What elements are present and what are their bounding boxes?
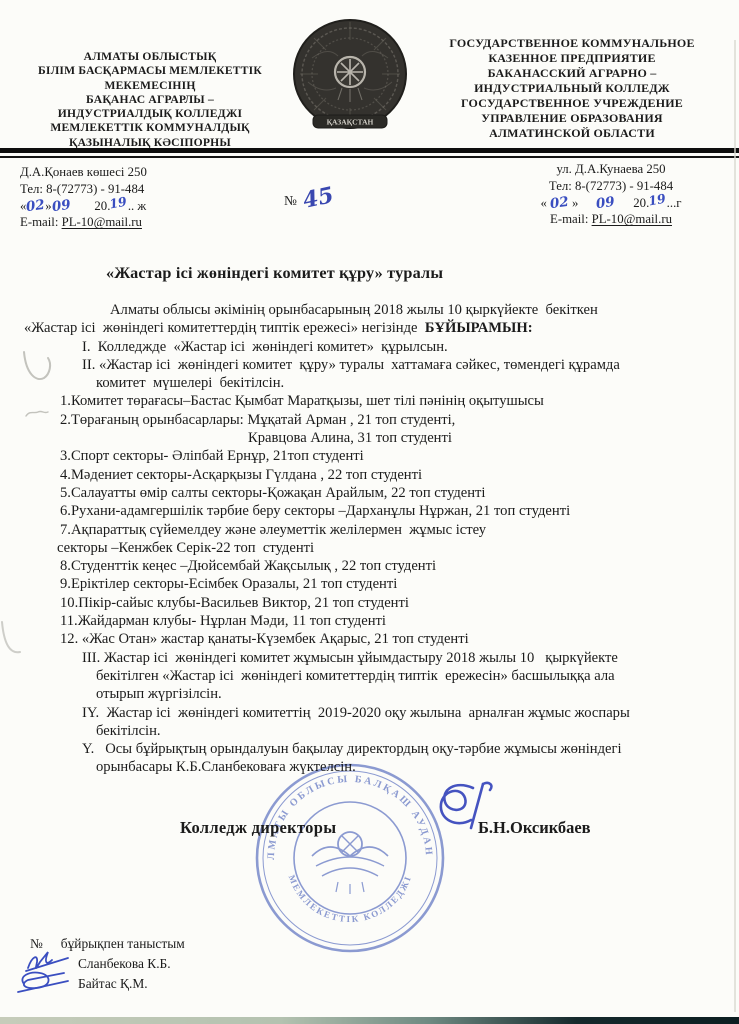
address-left: Д.А.Қонаев көшесі 250 (20, 164, 147, 181)
address-right: ул. Д.А.Кунаева 250 (492, 161, 730, 178)
order-item-4: IY. Жастар ісі жөніндегі комитеттің 2019… (24, 704, 692, 722)
intro-line: Алматы облысы әкімінің орынбасарының 201… (24, 301, 692, 319)
member-line: 8.Студенттік кеңес –Дюйсембай Жақсылық ,… (24, 557, 692, 575)
org-line: ИНДУСТРИАЛЬНЫЙ КОЛЛЕДЖ (420, 81, 724, 96)
svg-text:АЛМАТЫ ОБЛЫСЫ БАЛҚАШ АУДАНЫ: АЛМАТЫ ОБЛЫСЫ БАЛҚАШ АУДАНЫ (252, 760, 434, 860)
org-name-russian: ГОСУДАРСТВЕННОЕ КОММУНАЛЬНОЕ КАЗЕННОЕ ПР… (420, 36, 724, 141)
footer-signature-2 (16, 968, 70, 996)
contact-block-right: ул. Д.А.Кунаева 250 Тел: 8-(72773) - 91-… (492, 161, 730, 228)
member-line: 12. «Жас Отан» жастар қанаты-Күзембек Ақ… (24, 630, 692, 648)
email-address: PL-10@mail.ru (592, 212, 672, 226)
document-title: «Жастар ісі жөніндегі комитет құру» тура… (106, 264, 443, 283)
org-line: МЕМЛЕКЕТТІК КОММУНАЛДЫҚ (16, 121, 284, 135)
org-line: АЛМАТЫ ОБЛЫСТЫҚ (16, 50, 284, 64)
date-bracket: » (569, 196, 579, 210)
org-line: БІЛІМ БАСҚАРМАСЫ МЕМЛЕКЕТТІК (16, 64, 284, 78)
member-line: 11.Жайдарман клубы- Нұрлан Мәди, 11 топ … (24, 612, 692, 630)
intro-text: «Жастар ісі жөніндегі комитеттердің типт… (24, 320, 425, 336)
email-left: E-mail: PL-10@mail.ru (20, 214, 147, 231)
document-page: АЛМАТЫ ОБЛЫСТЫҚ БІЛІМ БАСҚАРМАСЫ МЕМЛЕКЕ… (0, 0, 739, 1024)
handwritten-month: 09 (51, 196, 72, 215)
member-line: 9.Еріктілер секторы-Есімбек Оразалы, 21 … (24, 575, 692, 593)
order-number: №45 (284, 185, 334, 211)
order-item-3-cont: бекітілген «Жастар ісі жөніндегі комитет… (24, 667, 692, 685)
member-line: 5.Салауатты өмір салты секторы-Қожақан А… (24, 484, 692, 502)
number-sign: № (284, 193, 297, 208)
order-item-3: III. Жастар ісі жөніндегі комитет жұмысы… (24, 649, 692, 667)
member-line: 1.Комитет төрағасы–Бастас Қымбат Маратқы… (24, 392, 692, 410)
handwritten-year: 19 (109, 193, 129, 213)
org-line: УПРАВЛЕНИЕ ОБРАЗОВАНИЯ (420, 111, 724, 126)
handwritten-order-number: 45 (301, 182, 336, 214)
member-line-cont: секторы –Кенжбек Серік-22 топ студенті (24, 539, 692, 557)
org-line: КАЗЕННОЕ ПРЕДПРИЯТИЕ (420, 51, 724, 66)
org-line: БАҚАНАС АГРАРЛЫ – (16, 93, 284, 107)
kazakhstan-emblem: ҚАЗАҚСТАН (292, 16, 408, 138)
order-item-3-cont: отырып жүргізілсін. (24, 685, 692, 703)
date-line-right: « 02 »0920.19...г (492, 195, 730, 212)
date-tail: .. ж (128, 199, 146, 213)
phone-right: Тел: 8-(72773) - 91-484 (492, 178, 730, 195)
org-line: ИНДУСТРИАЛДЫҚ КОЛЛЕДЖІ (16, 107, 284, 121)
org-line: ГОСУДАРСТВЕННОЕ УЧРЕЖДЕНИЕ (420, 96, 724, 111)
member-line: 4.Мәдениет секторы-Асқарқызы Гүлдана , 2… (24, 466, 692, 484)
org-name-kazakh: АЛМАТЫ ОБЛЫСТЫҚ БІЛІМ БАСҚАРМАСЫ МЕМЛЕКЕ… (16, 50, 284, 150)
email-label: E-mail: (20, 215, 62, 229)
handwritten-year: 19 (647, 190, 667, 210)
order-item-1: I. Колледжде «Жастар ісі жөніндегі комит… (24, 338, 692, 356)
order-item-2-cont: комитет мүшелері бекітілсін. (24, 374, 692, 392)
org-line: АЛМАТИНСКОЙ ОБЛАСТИ (420, 126, 724, 141)
handwritten-day: 02 (549, 193, 570, 212)
member-line: 7.Ақпараттық сүйемелдеу және әлеуметтік … (24, 521, 692, 539)
stamp-center-emblem (312, 832, 388, 894)
phone-left: Тел: 8-(72773) - 91-484 (20, 181, 147, 198)
order-body: Алматы облысы әкімінің орынбасарының 201… (24, 301, 692, 777)
emblem-banner-text: ҚАЗАҚСТАН (327, 118, 374, 127)
order-keyword: БҰЙЫРАМЫН: (425, 320, 533, 336)
stamp-ring-text-bottom: МЕМЛЕКЕТТІК КОЛЛЕДЖІ (287, 874, 414, 925)
signature-name: Б.Н.Оксикбаев (478, 818, 591, 838)
scan-edge-line (734, 40, 736, 1012)
order-item-2: II. «Жастар ісі жөніндегі комитет құру» … (24, 356, 692, 374)
date-tail: ...г (667, 196, 682, 210)
org-line: МЕКЕМЕСІНІҢ (16, 79, 284, 93)
email-address: PL-10@mail.ru (62, 215, 142, 229)
org-line: БАКАНАССКИЙ АГРАРНО – (420, 66, 724, 81)
double-rule (0, 148, 739, 158)
signature-role: Колледж директоры (180, 818, 336, 838)
member-line: 3.Спорт секторы- Әліпбай Ернұр, 21топ ст… (24, 447, 692, 465)
contact-block-left: Д.А.Қонаев көшесі 250 Тел: 8-(72773) - 9… (20, 164, 147, 231)
intro-line: «Жастар ісі жөніндегі комитеттердің типт… (24, 319, 692, 337)
date-line-left: «02»0920.19.. ж (20, 198, 147, 215)
member-line: 6.Рухани-адамгершілік тәрбие беру сектор… (24, 502, 692, 520)
org-line: ГОСУДАРСТВЕННОЕ КОММУНАЛЬНОЕ (420, 36, 724, 51)
stamp-ring-text-top: АЛМАТЫ ОБЛЫСЫ БАЛҚАШ АУДАНЫ (252, 760, 434, 860)
svg-text:МЕМЛЕКЕТТІК КОЛЛЕДЖІ: МЕМЛЕКЕТТІК КОЛЛЕДЖІ (287, 874, 414, 925)
email-label: E-mail: (550, 212, 592, 226)
member-line-cont: Кравцова Алина, 31 топ студенті (24, 429, 692, 447)
member-line: 2.Төрағаның орынбасарлары: Мұқатай Арман… (24, 411, 692, 429)
ack-text: бұйрықпен таныстым (61, 936, 185, 951)
email-right: E-mail: PL-10@mail.ru (492, 211, 730, 228)
handwritten-day: 02 (25, 196, 46, 215)
order-item-4-cont: бекітілсін. (24, 722, 692, 740)
order-item-5: Y. Осы бұйрықтың орындалуын бақылау дире… (24, 740, 692, 758)
member-line: 10.Пікір-сайыс клубы-Васильев Виктор, 21… (24, 594, 692, 612)
handwritten-month: 09 (595, 193, 616, 212)
scan-bottom-strip (0, 1017, 739, 1024)
